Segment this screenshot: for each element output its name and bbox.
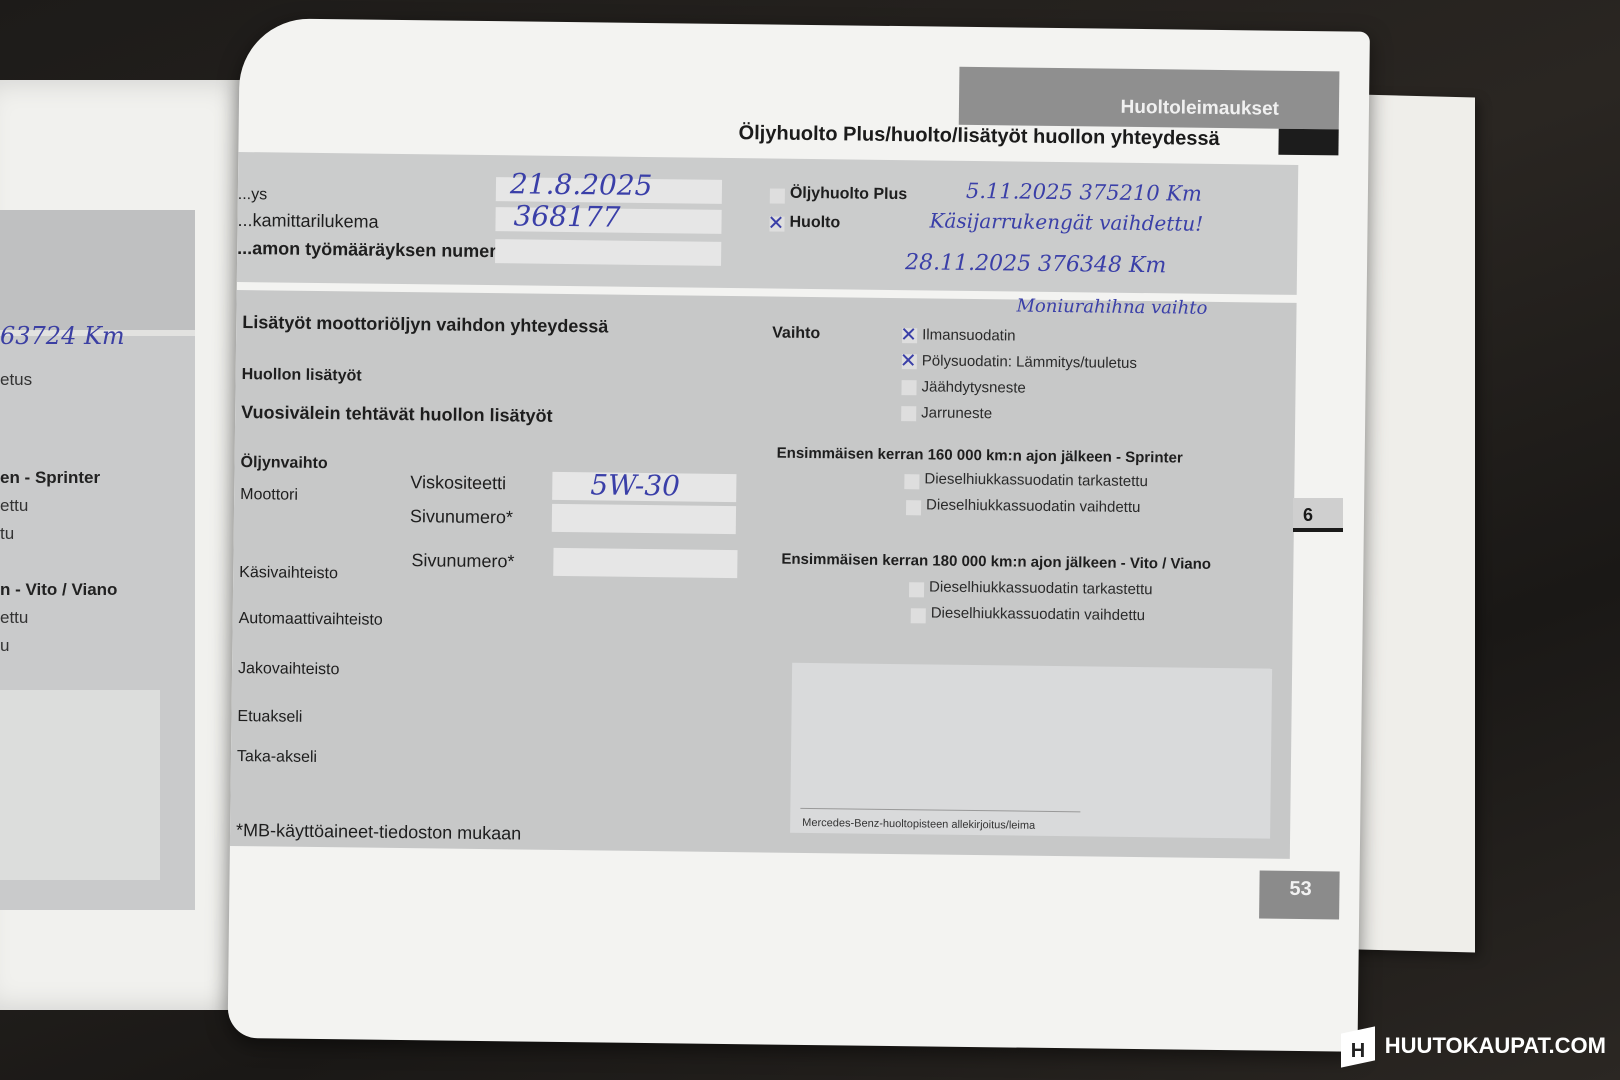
- page-number-label: Sivunumero*: [410, 506, 513, 528]
- oil-row-manual-gearbox: Käsivaihteisto: [239, 564, 338, 583]
- sprinter-heading: Ensimmäisen kerran 160 000 km:n ajon jäl…: [777, 445, 1183, 467]
- huolto-label: Huolto: [789, 214, 840, 233]
- odometer-value: 368177: [513, 199, 620, 233]
- huolto-checkbox[interactable]: [769, 216, 784, 231]
- chapter-tab: 6: [1293, 498, 1343, 532]
- left-signature-box: [0, 690, 160, 880]
- replacement-label: Vaihto: [772, 325, 820, 344]
- air-filter-checkbox[interactable]: [902, 328, 917, 343]
- cabin-filter-label: Pölysuodatin: Lämmitys/tuuletus: [922, 352, 1137, 372]
- vito-dpf-replaced-label: Dieselhiukkassuodatin vaihdettu: [931, 604, 1146, 624]
- oil-change-label: Öljynvaihto: [240, 454, 327, 473]
- service-booklet-page: Huoltoleimaukset Öljyhuolto Plus/huolto/…: [228, 18, 1370, 1052]
- footnote: *MB-käyttöaineet-tiedoston mukaan: [236, 820, 521, 844]
- left-fragment: en - Sprinter: [0, 468, 100, 488]
- handwritten-note: 5.11.2025 375210 Km: [966, 179, 1202, 206]
- heading-annual-work: Vuosivälein tehtävät huollon lisätyöt: [241, 402, 553, 427]
- signature-line: [800, 808, 1080, 812]
- oljyhuolto-plus-checkbox[interactable]: [770, 188, 785, 203]
- work-order-field[interactable]: [495, 239, 721, 266]
- oil-row-front-axle: Etuakseli: [237, 708, 302, 727]
- oil-row-automatic-gearbox: Automaattivaihteisto: [239, 610, 383, 630]
- sprinter-dpf-replaced-checkbox[interactable]: [906, 500, 921, 515]
- handwritten-note: 28.11.2025 376348 Km: [905, 250, 1167, 278]
- cube-logo-icon: H: [1339, 1026, 1379, 1066]
- left-fragment: tu: [0, 524, 14, 544]
- section-tab-marker: [1278, 129, 1338, 156]
- page-number-label: Sivunumero*: [411, 550, 514, 572]
- left-fragment: etus: [0, 370, 32, 390]
- sprinter-dpf-replaced-label: Dieselhiukkassuodatin vaihdettu: [926, 496, 1141, 516]
- page-number-field[interactable]: [553, 548, 737, 578]
- left-page: 63724 Km etus en - Sprinter ettu tu n - …: [0, 80, 260, 1010]
- vito-dpf-replaced-checkbox[interactable]: [911, 608, 926, 623]
- cabin-filter-checkbox[interactable]: [902, 354, 917, 369]
- odometer-label: ...kamittarilukema: [237, 210, 378, 233]
- left-handwritten-km: 63724 Km: [0, 322, 125, 350]
- watermark-text: HUUTOKAUPAT.COM: [1385, 1033, 1606, 1059]
- signature-stamp-box[interactable]: Mercedes-Benz-huoltopisteen allekirjoitu…: [790, 663, 1272, 839]
- left-fragment: u: [0, 636, 9, 656]
- left-form-panel: 63724 Km etus en - Sprinter ettu tu n - …: [0, 210, 195, 910]
- page-number: 53: [1259, 871, 1340, 920]
- coolant-checkbox[interactable]: [901, 380, 916, 395]
- left-form-strip: [0, 210, 195, 336]
- left-fragment: ettu: [0, 608, 28, 628]
- heading-oil-change-work: Lisätyöt moottoriöljyn vaihdon yhteydess…: [242, 312, 608, 337]
- oil-row-engine: Moottori: [240, 486, 298, 505]
- handwritten-note: Käsijarrukengät vaihdettu!: [929, 208, 1203, 235]
- oil-row-transfer-case: Jakovaihteisto: [238, 660, 340, 679]
- watermark: H HUUTOKAUPAT.COM: [1339, 1026, 1606, 1066]
- page-number-field[interactable]: [552, 504, 736, 534]
- additional-work-form: Moniurahihna vaihto Lisätyöt moottoriölj…: [230, 290, 1297, 859]
- date-label: ...ys: [238, 186, 268, 204]
- section-tab-header: Huoltoleimaukset: [959, 67, 1340, 130]
- viscosity-label: Viskositeetti: [410, 472, 506, 494]
- date-value: 21.8.2025: [510, 167, 653, 202]
- left-fragment: ettu: [0, 496, 28, 516]
- brake-fluid-label: Jarruneste: [921, 404, 992, 422]
- left-fragment: n - Vito / Viano: [0, 580, 117, 600]
- work-order-label: ...amon työmääräyksen numero: [237, 238, 507, 262]
- viscosity-value: 5W-30: [590, 468, 680, 502]
- vito-dpf-inspected-label: Dieselhiukkassuodatin tarkastettu: [929, 578, 1153, 598]
- signature-label: Mercedes-Benz-huoltopisteen allekirjoitu…: [802, 817, 1035, 832]
- brake-fluid-checkbox[interactable]: [901, 406, 916, 421]
- service-header-form: ...ys ...kamittarilukema ...amon työmäär…: [237, 152, 1299, 295]
- coolant-label: Jäähdytysneste: [921, 378, 1025, 396]
- vito-dpf-inspected-checkbox[interactable]: [909, 582, 924, 597]
- sprinter-dpf-inspected-checkbox[interactable]: [904, 474, 919, 489]
- section-title: Öljyhuolto Plus/huolto/lisätyöt huollon …: [738, 122, 1219, 151]
- heading-service-work: Huollon lisätyöt: [242, 366, 362, 385]
- vito-heading: Ensimmäisen kerran 180 000 km:n ajon jäl…: [781, 551, 1211, 573]
- oil-row-rear-axle: Taka-akseli: [237, 748, 317, 767]
- sprinter-dpf-inspected-label: Dieselhiukkassuodatin tarkastettu: [924, 470, 1148, 490]
- oljyhuolto-plus-label: Öljyhuolto Plus: [790, 185, 908, 204]
- air-filter-label: Ilmansuodatin: [922, 326, 1016, 344]
- handwritten-note: Moniurahihna vaihto: [1016, 296, 1207, 319]
